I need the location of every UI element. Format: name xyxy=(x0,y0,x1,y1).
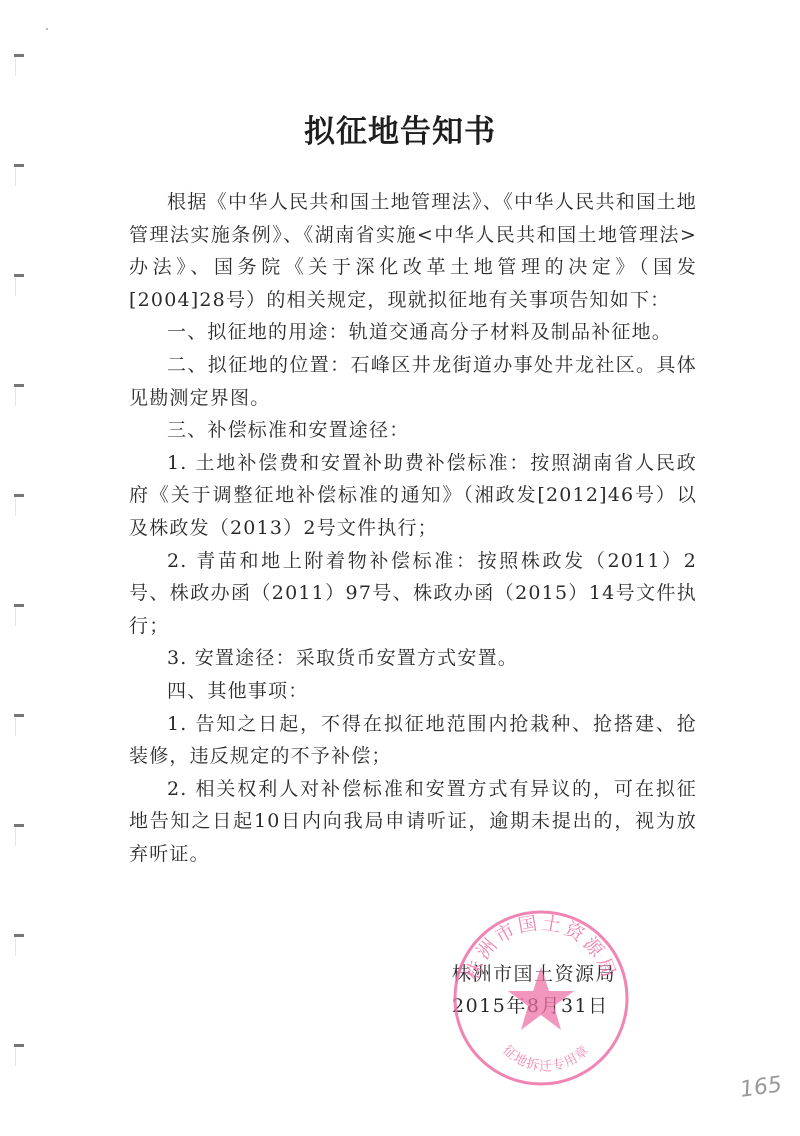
handwritten-page-number: 165 xyxy=(738,1072,783,1103)
section-2-location: 二、拟征地的位置：石峰区井龙街道办事处井龙社区。具体见勘测定界图。 xyxy=(129,349,697,414)
document-body: 根据《中华人民共和国土地管理法》、《中华人民共和国土地管理法实施条例》、《湖南省… xyxy=(129,186,697,870)
binding-hole-mark xyxy=(14,274,24,296)
binding-hole-mark xyxy=(14,1044,24,1066)
binding-hole-mark xyxy=(14,54,24,76)
scan-speck xyxy=(46,28,48,30)
section-4-heading: 四、其他事项： xyxy=(129,675,697,708)
issuer-name: 株洲市国土资源局 xyxy=(452,958,616,990)
binding-hole-mark xyxy=(14,604,24,626)
binding-hole-mark xyxy=(14,824,24,846)
issue-date: 2015年8月31日 xyxy=(452,990,616,1022)
legal-basis-paragraph: 根据《中华人民共和国土地管理法》、《中华人民共和国土地管理法实施条例》、《湖南省… xyxy=(129,186,697,316)
binding-hole-mark xyxy=(14,934,24,956)
section-3-item-3: 3. 安置途径：采取货币安置方式安置。 xyxy=(129,642,697,675)
section-4-item-1: 1. 告知之日起，不得在拟征地范围内抢栽种、抢搭建、抢装修，违反规定的不予补偿； xyxy=(129,708,697,773)
section-3-heading: 三、补偿标准和安置途径： xyxy=(129,414,697,447)
section-3-item-1: 1. 土地补偿费和安置补助费补偿标准：按照湖南省人民政府《关于调整征地补偿标准的… xyxy=(129,447,697,545)
section-3-item-2: 2. 青苗和地上附着物补偿标准：按照株政发（2011）2号、株政办函（2011）… xyxy=(129,545,697,643)
section-1-land-use: 一、拟征地的用途：轨道交通高分子材料及制品补征地。 xyxy=(129,316,697,349)
svg-text:征地拆迁专用章: 征地拆迁专用章 xyxy=(500,1042,593,1074)
signature-block: 株洲市国土资源局 2015年8月31日 xyxy=(452,958,616,1022)
binding-hole-mark xyxy=(14,164,24,186)
document-page: 拟征地告知书 根据《中华人民共和国土地管理法》、《中华人民共和国土地管理法实施条… xyxy=(0,0,800,1136)
section-4-item-2: 2. 相关权利人对补偿标准和安置方式有异议的，可在拟征地告知之日起10日内向我局… xyxy=(129,773,697,871)
document-title: 拟征地告知书 xyxy=(0,106,800,151)
binding-hole-mark xyxy=(14,714,24,736)
binding-marks xyxy=(0,0,40,1136)
binding-hole-mark xyxy=(14,494,24,516)
binding-hole-mark xyxy=(14,384,24,406)
